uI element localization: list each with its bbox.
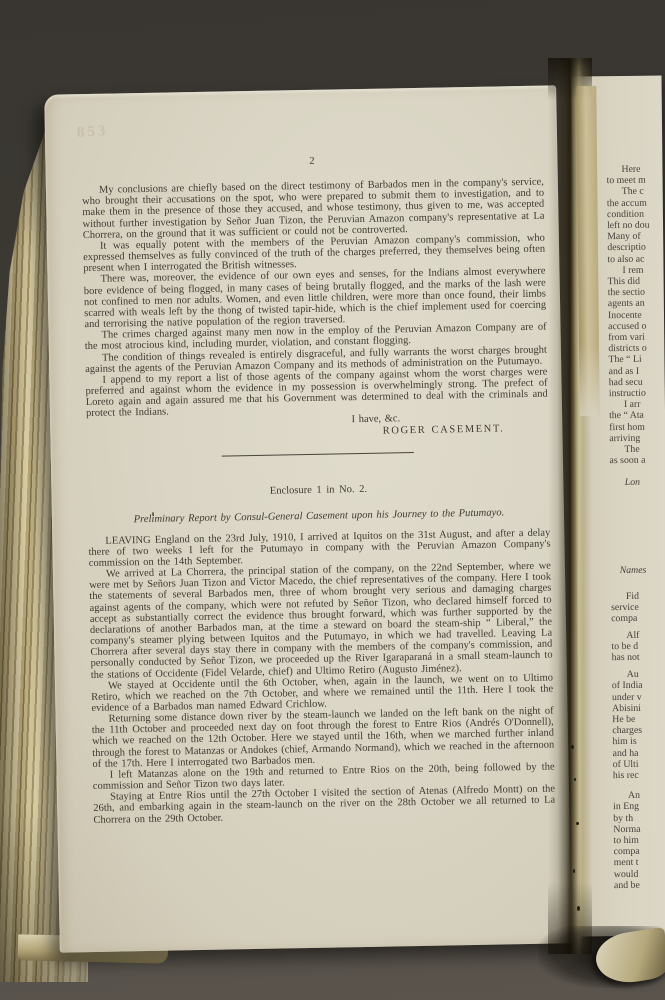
text-line-fragment: of Ulti [613, 758, 665, 770]
ink-speck [577, 906, 580, 911]
text-line-fragment: instructio [609, 387, 665, 399]
text-line-fragment: to be d [611, 640, 665, 652]
text-line-fragment: I arr [609, 399, 665, 411]
text-line-fragment: by th [613, 812, 665, 824]
text-line-fragment: charges [612, 724, 665, 736]
ink-speck [152, 512, 154, 516]
section-divider [222, 452, 414, 457]
text-line-fragment: accused o [608, 320, 665, 332]
text-line-fragment: to meet m [607, 175, 665, 187]
text-line-fragment: Alf [611, 629, 665, 641]
text-line-fragment: He be [612, 713, 665, 725]
book-photo: Hereto meet mThe cthe accumconditionleft… [0, 0, 665, 1000]
text-line-fragment: Lon [610, 477, 665, 489]
text-line-fragment: the “ Ata [609, 410, 665, 422]
text-line-fragment: agents an [608, 298, 665, 310]
embossed-stamp: 853 [76, 123, 108, 142]
report-title: Preliminary Report by Consul-General Cas… [88, 506, 550, 526]
ink-speck [573, 869, 575, 873]
text-line-fragment: This did [608, 275, 665, 287]
text-line-fragment: had secu [609, 376, 665, 388]
text-line-fragment: The “ Li [608, 354, 665, 366]
text-line-fragment: his rec [613, 769, 665, 781]
text-line-fragment: would [614, 868, 665, 880]
text-line-fragment: Fid [611, 590, 665, 602]
text-line-fragment: first hom [609, 421, 665, 433]
main-page: 853 2 My conclusions are chiefly based o… [44, 85, 572, 952]
text-line-fragment: Many of [607, 231, 665, 243]
text-line-fragment: descriptio [607, 242, 665, 254]
text-line-fragment: and ha [613, 747, 665, 759]
report-body: LEAVING England on the 23rd July, 1910, … [88, 527, 555, 825]
paragraph: There was, moreover, the evidence of our… [83, 266, 546, 330]
right-page-text: Hereto meet mThe cthe accumconditionleft… [606, 163, 665, 891]
text-line-fragment: of India [612, 680, 665, 692]
text-line-fragment: Au [612, 668, 665, 680]
text-line-fragment: An [613, 790, 665, 802]
text-line-fragment: Inocente [608, 309, 665, 321]
enclosure-heading: Enclosure 1 in No. 2. [87, 481, 549, 501]
main-text-column: 2 My conclusions are chiefly based on th… [80, 86, 555, 826]
ink-speck [571, 745, 574, 749]
text-line-fragment: condition [607, 208, 665, 220]
text-line-fragment: compa [614, 846, 665, 858]
text-line-fragment: service [611, 601, 665, 613]
text-line-fragment: Here [606, 163, 665, 175]
text-line-fragment: left no dou [607, 219, 665, 231]
text-line-fragment: to also ac [607, 253, 665, 265]
text-line-fragment: him is [612, 736, 665, 748]
text-line-fragment: Norma [613, 823, 665, 835]
paragraph: Returning some distance down river by th… [92, 706, 555, 770]
text-line-fragment: ment t [614, 857, 665, 869]
text-line-fragment: arriving [609, 432, 665, 444]
text-line-fragment: The [609, 443, 665, 455]
paragraph: We arrived at La Chorrera, the principal… [89, 561, 553, 681]
page-number: 2 [81, 152, 543, 172]
text-line-fragment: to him [613, 834, 665, 846]
text-line-fragment: I rem [607, 264, 665, 276]
text-line-fragment: the accum [607, 197, 665, 209]
page-edge-curl [576, 86, 599, 416]
text-line-fragment: districts o [608, 343, 665, 355]
text-line-fragment: Abisini [612, 702, 665, 714]
text-line-fragment: compa [611, 613, 665, 625]
text-line-fragment: as soon a [609, 455, 665, 467]
text-line-fragment: Names [611, 564, 665, 576]
letter-body: My conclusions are chiefly based on the … [82, 177, 556, 826]
text-line-fragment: and be [614, 879, 665, 891]
ink-speck [574, 778, 576, 781]
paragraph: Staying at Entre Rios until the 27th Oct… [93, 784, 556, 826]
text-line-fragment: from vari [608, 331, 665, 343]
text-line-fragment: the sectio [608, 287, 665, 299]
text-line-fragment: and as I [609, 365, 665, 377]
paragraph: My conclusions are chiefly based on the … [82, 177, 545, 241]
text-line-fragment: under v [612, 691, 665, 703]
text-line-fragment: The c [607, 186, 665, 198]
ink-speck [576, 822, 579, 825]
text-line-fragment: has not [612, 651, 665, 663]
text-line-fragment: in Eng [613, 801, 665, 813]
